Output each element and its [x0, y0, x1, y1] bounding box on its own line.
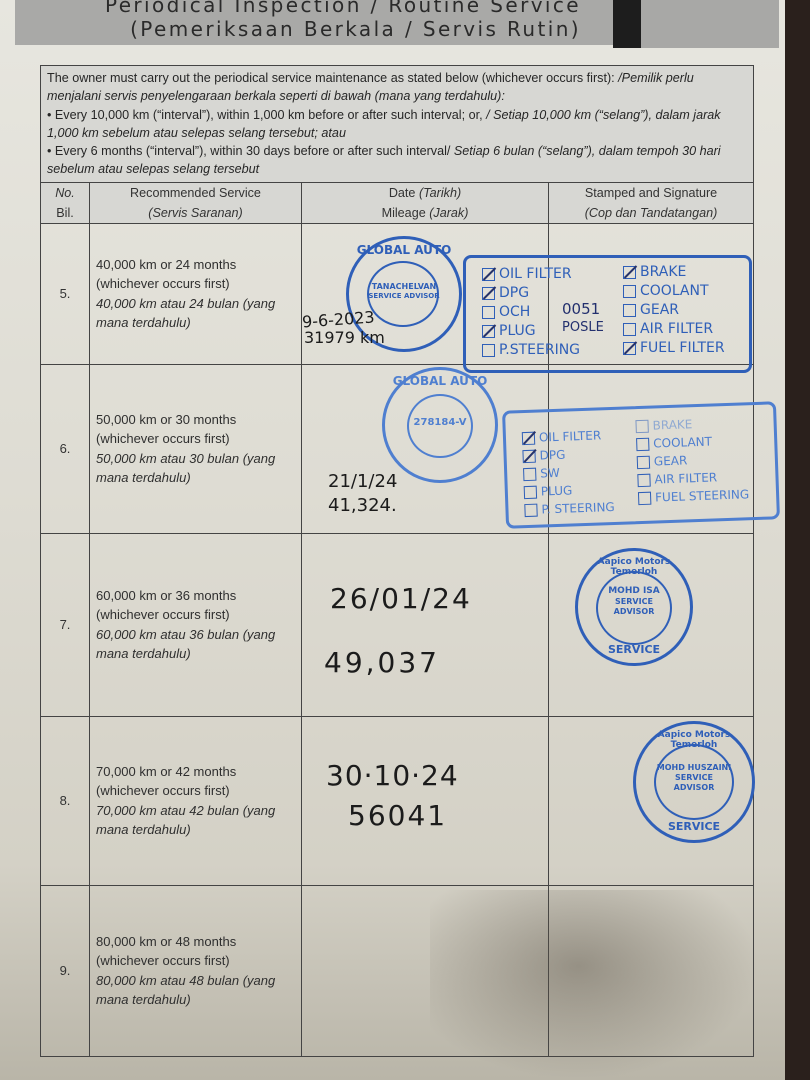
row-number: 9.: [41, 885, 90, 1056]
checklist-label: P. STEERING: [541, 498, 615, 519]
unchecked-box-icon: [623, 285, 636, 298]
checklist-label: FUEL STEERING: [655, 485, 750, 506]
recommended-service: 70,000 km or 42 months(whichever occurs …: [90, 716, 302, 885]
checklist-label: AIR FILTER: [654, 468, 717, 488]
checklist-right-column: BRAKECOOLANTGEARAIR FILTERFUEL FILTER: [623, 263, 725, 358]
service-checklist-stamp: OIL FILTERDPGOCHPLUGP.STEERING BRAKECOOL…: [463, 255, 752, 373]
unchecked-box-icon: [523, 467, 536, 480]
service-date: 21/1/24: [328, 471, 397, 492]
intro-instructions: The owner must carry out the periodical …: [41, 66, 754, 183]
checklist-left-column: OIL FILTERDPGSWPLUGP. STEERING: [522, 426, 615, 519]
page-title-en: Periodical Inspection / Routine Service: [105, 0, 581, 17]
stamp-signature-cell: Aapico Motors Temerloh MOHD HUSZAINI SER…: [549, 716, 754, 885]
unchecked-box-icon: [482, 344, 495, 357]
checklist-item: COOLANT: [623, 282, 725, 301]
service-checklist-stamp: OIL FILTERDPGSWPLUGP. STEERING BRAKECOOL…: [502, 401, 780, 528]
checklist-item: OIL FILTER: [482, 265, 580, 284]
date-mileage-cell: 26/01/24 49,037: [302, 533, 549, 716]
table-row: 7. 60,000 km or 36 months(whichever occu…: [41, 533, 754, 716]
page-title-ms: (Pemeriksaan Berkala / Servis Rutin): [130, 17, 581, 41]
service-date: 30·10·24: [326, 759, 459, 792]
service-mileage: 49,037: [324, 646, 440, 679]
dealer-round-stamp: Aapico Motors Temerloh MOHD HUSZAINI SER…: [633, 721, 755, 843]
date-mileage-cell: [302, 885, 549, 1056]
checked-box-icon: [522, 449, 535, 462]
checked-box-icon: [482, 325, 495, 338]
unchecked-box-icon: [637, 455, 650, 468]
checklist-item: GEAR: [623, 301, 725, 320]
unchecked-box-icon: [637, 473, 650, 486]
header-tab-divider: [613, 0, 641, 48]
checklist-label: OIL FILTER: [539, 426, 602, 446]
unchecked-box-icon: [623, 304, 636, 317]
checklist-label: DPG: [539, 446, 565, 465]
checklist-item: P.STEERING: [482, 341, 580, 360]
col-header-stamp: Stamped and Signature(Cop dan Tandatanga…: [549, 182, 754, 223]
recommended-service: 50,000 km or 30 months(whichever occurs …: [90, 364, 302, 533]
unchecked-box-icon: [482, 306, 495, 319]
checklist-label: OIL FILTER: [499, 265, 572, 284]
unchecked-box-icon: [636, 437, 649, 450]
checklist-label: COOLANT: [640, 282, 709, 301]
checklist-note: POSLE: [562, 320, 604, 335]
unchecked-box-icon: [623, 323, 636, 336]
service-date: 26/01/24: [330, 582, 472, 615]
checklist-item: FUEL FILTER: [623, 339, 725, 358]
table-row: 9. 80,000 km or 48 months(whichever occu…: [41, 885, 754, 1056]
checklist-note: 0051: [562, 300, 600, 318]
unchecked-box-icon: [635, 419, 648, 432]
checklist-label: COOLANT: [653, 433, 712, 453]
service-booklet-page: 24 Periodical Inspection / Routine Servi…: [0, 0, 785, 1080]
service-mileage: 31979 km: [304, 328, 385, 347]
checked-box-icon: [623, 266, 636, 279]
service-mileage: 56041: [348, 799, 447, 832]
header-tab: 24: [641, 0, 779, 48]
stamp-signature-cell: Aapico Motors Temerloh MOHD ISA SERVICE …: [549, 533, 754, 716]
checklist-label: PLUG: [541, 481, 573, 500]
checklist-label: FUEL FILTER: [640, 339, 725, 358]
row-number: 6.: [41, 364, 90, 533]
unchecked-box-icon: [638, 491, 651, 504]
checklist-label: OCH: [499, 303, 530, 322]
service-mileage: 41,324.: [328, 495, 397, 516]
checklist-label: BRAKE: [640, 263, 686, 282]
checklist-item: FUEL STEERING: [638, 485, 750, 507]
checklist-item: BRAKE: [623, 263, 725, 282]
checked-box-icon: [482, 287, 495, 300]
col-header-date: Date (Tarikh)Mileage (Jarak): [302, 182, 549, 223]
col-header-service: Recommended Service(Servis Saranan): [90, 182, 302, 223]
table-header-row: No.Bil. Recommended Service(Servis Saran…: [41, 182, 754, 223]
checklist-label: P.STEERING: [499, 341, 580, 360]
checklist-label: GEAR: [640, 301, 679, 320]
checklist-label: DPG: [499, 284, 529, 303]
row-number: 7.: [41, 533, 90, 716]
table-row: 8. 70,000 km or 42 months(whichever occu…: [41, 716, 754, 885]
row-number: 8.: [41, 716, 90, 885]
dealer-round-stamp: GLOBAL AUTO 278184-V: [382, 367, 498, 483]
unchecked-box-icon: [524, 503, 537, 516]
checklist-item: P. STEERING: [524, 498, 615, 519]
checklist-label: AIR FILTER: [640, 320, 713, 339]
checked-box-icon: [482, 268, 495, 281]
recommended-service: 80,000 km or 48 months(whichever occurs …: [90, 885, 302, 1056]
dealer-round-stamp: Aapico Motors Temerloh MOHD ISA SERVICE …: [575, 548, 693, 666]
checklist-item: AIR FILTER: [623, 320, 725, 339]
row-number: 5.: [41, 223, 90, 364]
recommended-service: 60,000 km or 36 months(whichever occurs …: [90, 533, 302, 716]
checklist-label: BRAKE: [652, 415, 692, 434]
stamp-signature-cell: [549, 885, 754, 1056]
checklist-right-column: BRAKECOOLANTGEARAIR FILTERFUEL STEERING: [635, 413, 749, 507]
date-mileage-cell: 30·10·24 56041: [302, 716, 549, 885]
checklist-label: SW: [540, 464, 560, 483]
checked-box-icon: [522, 431, 535, 444]
recommended-service: 40,000 km or 24 months(whichever occurs …: [90, 223, 302, 364]
checked-box-icon: [623, 342, 636, 355]
col-header-no: No.Bil.: [41, 182, 90, 223]
checklist-label: GEAR: [654, 451, 688, 470]
service-record-table: The owner must carry out the periodical …: [40, 65, 754, 1057]
checklist-label: PLUG: [499, 322, 536, 341]
checklist-item: OIL FILTER: [522, 426, 613, 447]
unchecked-box-icon: [524, 485, 537, 498]
